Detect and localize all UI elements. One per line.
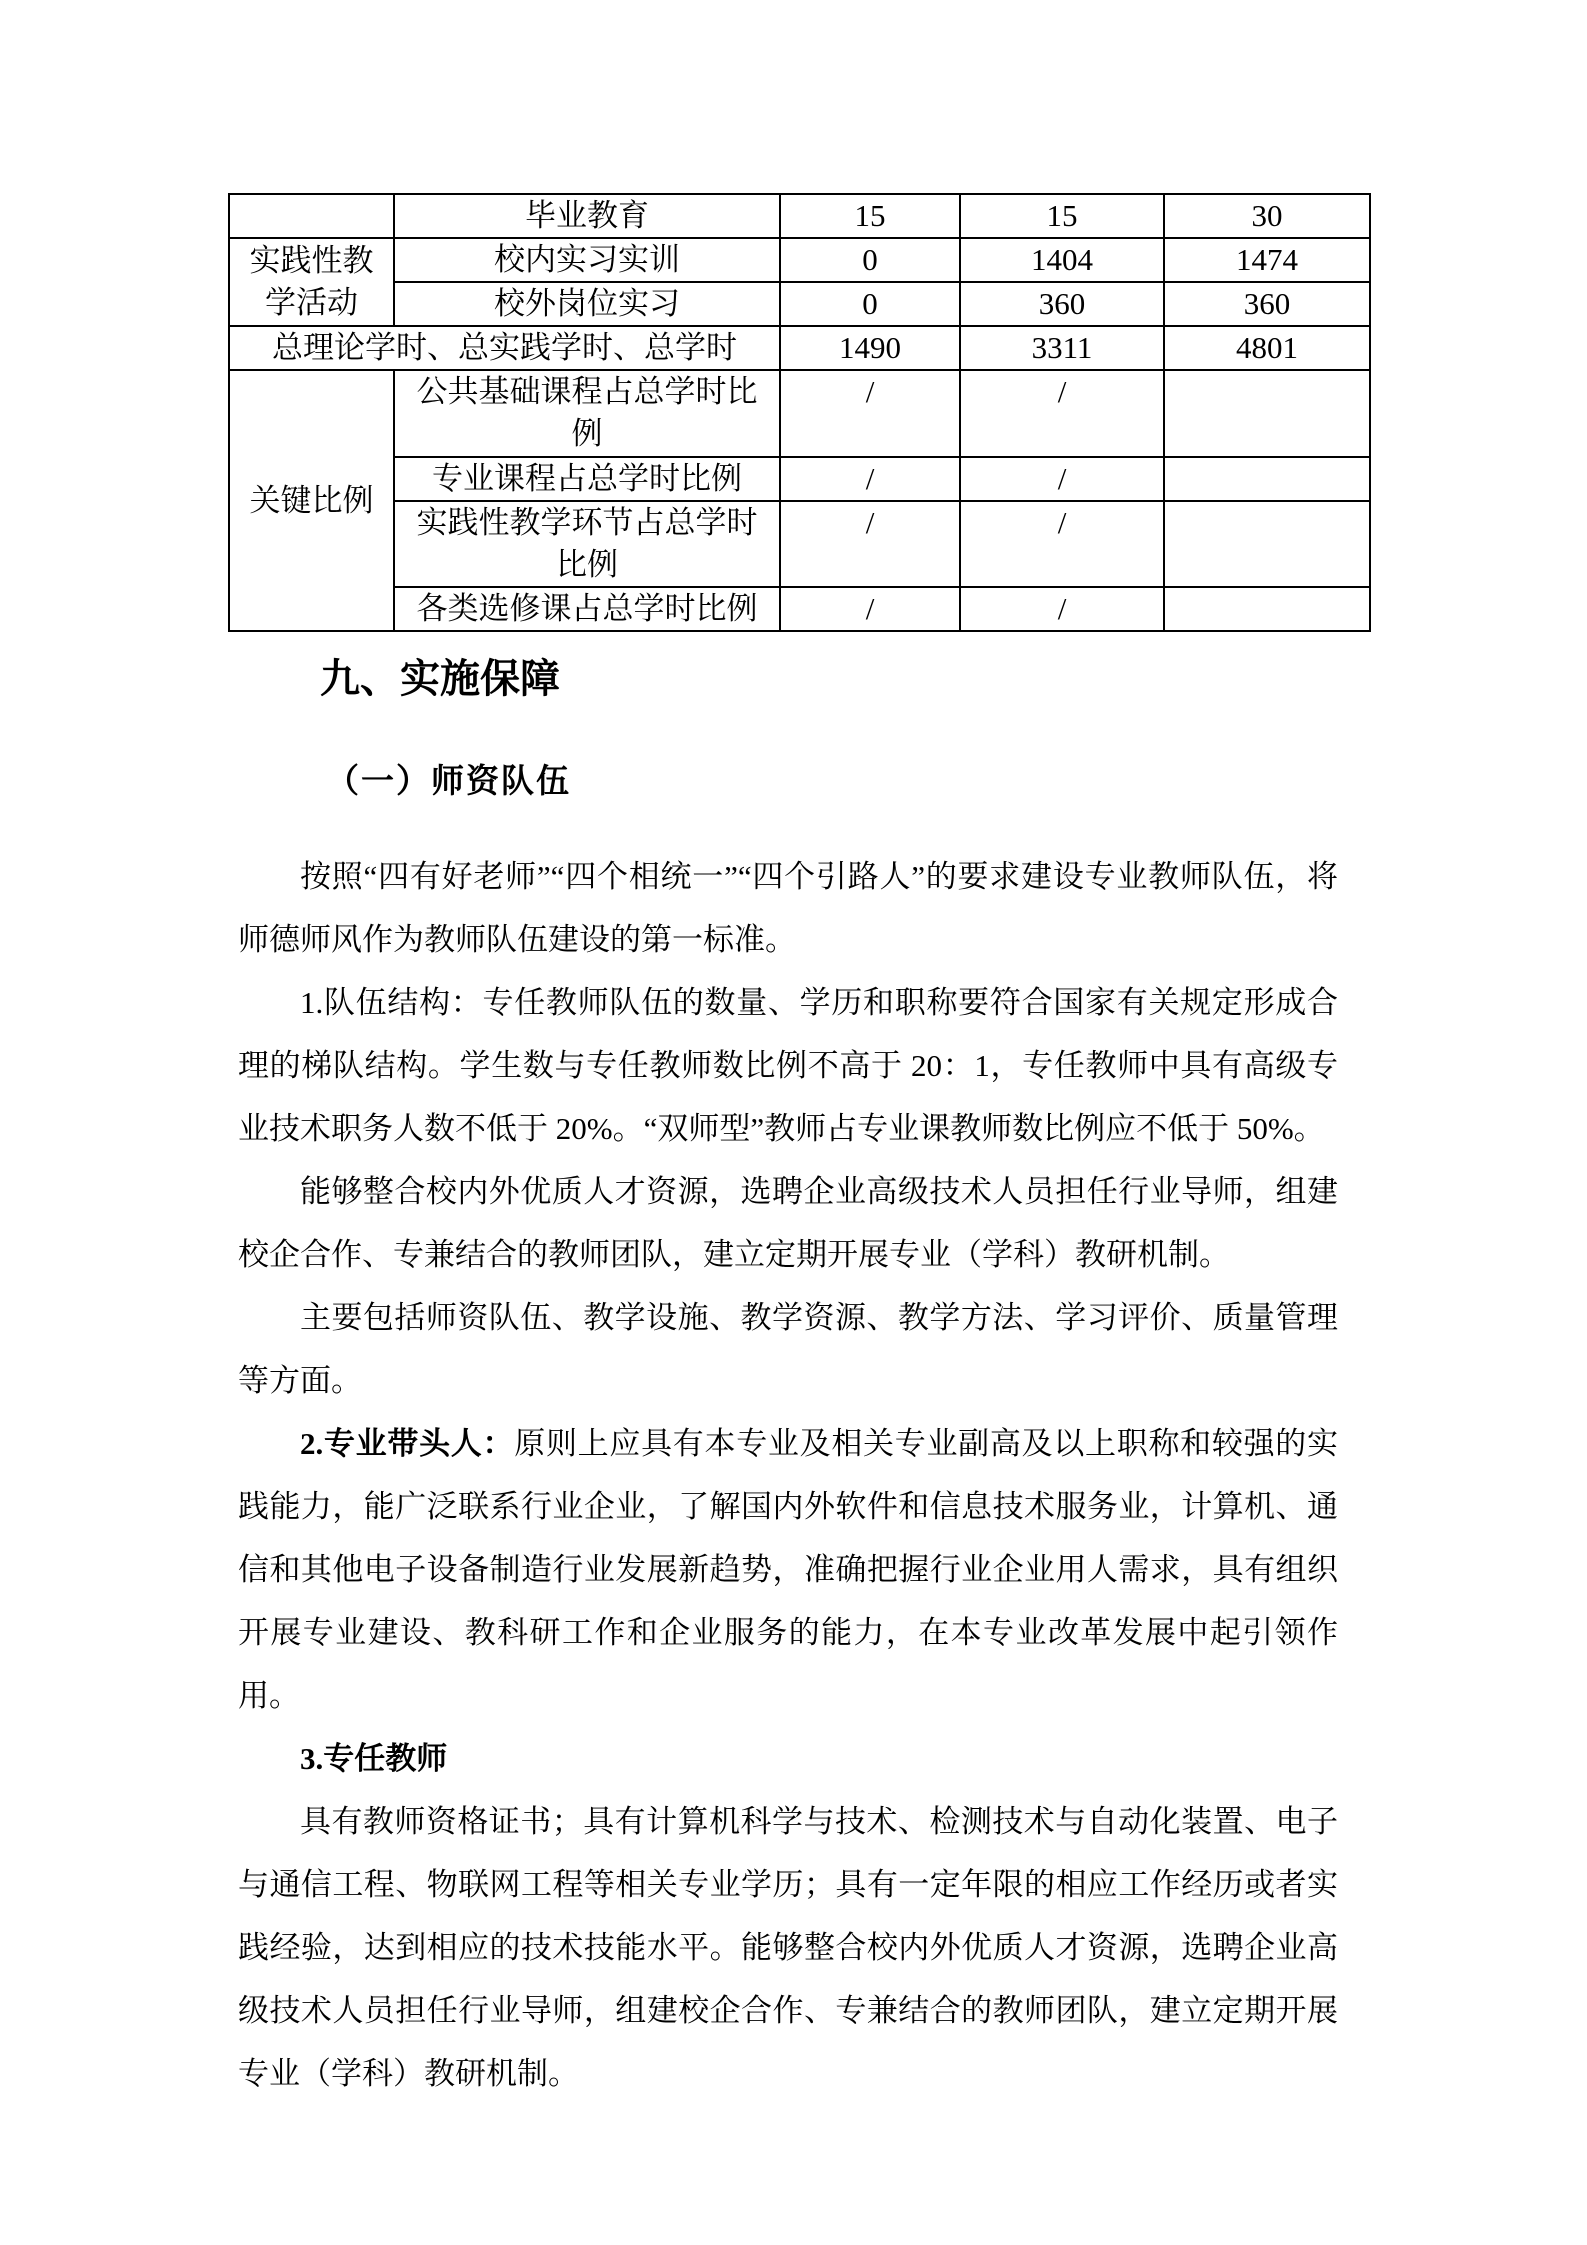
cell-graduation-c1: 15: [780, 194, 960, 238]
cell-totals-c2: 3311: [960, 326, 1164, 370]
cell-graduation-label: 毕业教育: [394, 194, 780, 238]
paragraph-leader-text: 原则上应具有本专业及相关专业副高及以上职称和较强的实践能力，能广泛联系行业企业，…: [238, 1426, 1338, 1713]
table-row-external-practice: 校外岗位实习 0 360 360: [229, 282, 1370, 326]
cell-ratio-public-c2: /: [960, 370, 1164, 457]
cell-totals-label: 总理论学时、总实践学时、总学时: [229, 326, 780, 370]
cell-ratio-practice-c1: /: [780, 501, 960, 587]
paragraph-leader-bold: 2.专业带头人：: [300, 1426, 514, 1461]
cell-key-ratios-label: 关键比例: [229, 370, 394, 631]
paragraph-aspects-text: 主要包括师资队伍、教学设施、教学资源、教学方法、学习评价、质量管理等方面。: [238, 1300, 1338, 1398]
paragraph-fulltime-title-bold: 3.专任教师: [300, 1741, 447, 1776]
cell-external-c1: 0: [780, 282, 960, 326]
cell-external-c2: 360: [960, 282, 1164, 326]
table-row-ratio-elective: 各类选修课占总学时比例 / /: [229, 587, 1370, 631]
cell-ratio-major-c2: /: [960, 457, 1164, 501]
cell-graduation-c2: 15: [960, 194, 1164, 238]
paragraph-leader: 2.专业带头人：原则上应具有本专业及相关专业副高及以上职称和较强的实践能力，能广…: [238, 1412, 1338, 1727]
cell-ratio-public-label: 公共基础课程占总学时比例: [394, 370, 780, 457]
cell-ratio-major-c1: /: [780, 457, 960, 501]
cell-empty-category: [229, 194, 394, 238]
paragraph-aspects: 主要包括师资队伍、教学设施、教学资源、教学方法、学习评价、质量管理等方面。: [238, 1286, 1338, 1412]
cell-internal-c3: 1474: [1164, 238, 1370, 282]
paragraph-resources-text: 能够整合校内外优质人才资源，选聘企业高级技术人员担任行业导师，组建校企合作、专兼…: [238, 1174, 1338, 1272]
cell-ratio-practice-label: 实践性教学环节占总学时比例: [394, 501, 780, 587]
paragraph-team-structure: 1.队伍结构：专任教师队伍的数量、学历和职称要符合国家有关规定形成合理的梯队结构…: [238, 971, 1338, 1160]
subsection-heading: （一）师资队伍: [326, 762, 571, 802]
cell-internal-c2: 1404: [960, 238, 1164, 282]
paragraph-resources: 能够整合校内外优质人才资源，选聘企业高级技术人员担任行业导师，组建校企合作、专兼…: [238, 1160, 1338, 1286]
cell-ratio-major-label: 专业课程占总学时比例: [394, 457, 780, 501]
cell-ratio-major-c3: [1164, 457, 1370, 501]
cell-ratio-elective-c1: /: [780, 587, 960, 631]
cell-ratio-public-c1: /: [780, 370, 960, 457]
table-row-graduation: 毕业教育 15 15 30: [229, 194, 1370, 238]
paragraph-fulltime-detail: 具有教师资格证书；具有计算机科学与技术、检测技术与自动化装置、电子与通信工程、物…: [238, 1790, 1338, 2105]
cell-practice-group-label: 实践性教 学活动: [229, 238, 394, 326]
cell-ratio-practice-c2: /: [960, 501, 1164, 587]
document-page: 毕业教育 15 15 30 实践性教 学活动 校内实习实训 0 1404 147…: [0, 0, 1587, 2245]
paragraph-intro-text: 按照“四有好老师”“四个相统一”“四个引路人”的要求建设专业教师队伍，将师德师风…: [238, 859, 1338, 957]
cell-ratio-elective-c3: [1164, 587, 1370, 631]
cell-ratio-practice-c3: [1164, 501, 1370, 587]
cell-internal-c1: 0: [780, 238, 960, 282]
paragraph-fulltime-title: 3.专任教师: [238, 1727, 1338, 1790]
cell-totals-c3: 4801: [1164, 326, 1370, 370]
body-text: 按照“四有好老师”“四个相统一”“四个引路人”的要求建设专业教师队伍，将师德师风…: [238, 845, 1338, 2105]
cell-ratio-elective-label: 各类选修课占总学时比例: [394, 587, 780, 631]
table-row-ratio-major: 专业课程占总学时比例 / /: [229, 457, 1370, 501]
table-row-ratio-public: 关键比例 公共基础课程占总学时比例 / /: [229, 370, 1370, 457]
cell-internal-label: 校内实习实训: [394, 238, 780, 282]
cell-graduation-c3: 30: [1164, 194, 1370, 238]
cell-external-c3: 360: [1164, 282, 1370, 326]
cell-ratio-elective-c2: /: [960, 587, 1164, 631]
cell-external-label: 校外岗位实习: [394, 282, 780, 326]
curriculum-hours-table: 毕业教育 15 15 30 实践性教 学活动 校内实习实训 0 1404 147…: [228, 193, 1371, 632]
table-row-internal-practice: 实践性教 学活动 校内实习实训 0 1404 1474: [229, 238, 1370, 282]
table-row-totals: 总理论学时、总实践学时、总学时 1490 3311 4801: [229, 326, 1370, 370]
cell-totals-c1: 1490: [780, 326, 960, 370]
table-row-ratio-practice: 实践性教学环节占总学时比例 / /: [229, 501, 1370, 587]
section-heading: 九、实施保障: [320, 656, 560, 702]
paragraph-intro: 按照“四有好老师”“四个相统一”“四个引路人”的要求建设专业教师队伍，将师德师风…: [238, 845, 1338, 971]
paragraph-fulltime-detail-text: 具有教师资格证书；具有计算机科学与技术、检测技术与自动化装置、电子与通信工程、物…: [238, 1804, 1338, 2091]
paragraph-team-structure-text: 1.队伍结构：专任教师队伍的数量、学历和职称要符合国家有关规定形成合理的梯队结构…: [238, 985, 1338, 1146]
cell-ratio-public-c3: [1164, 370, 1370, 457]
